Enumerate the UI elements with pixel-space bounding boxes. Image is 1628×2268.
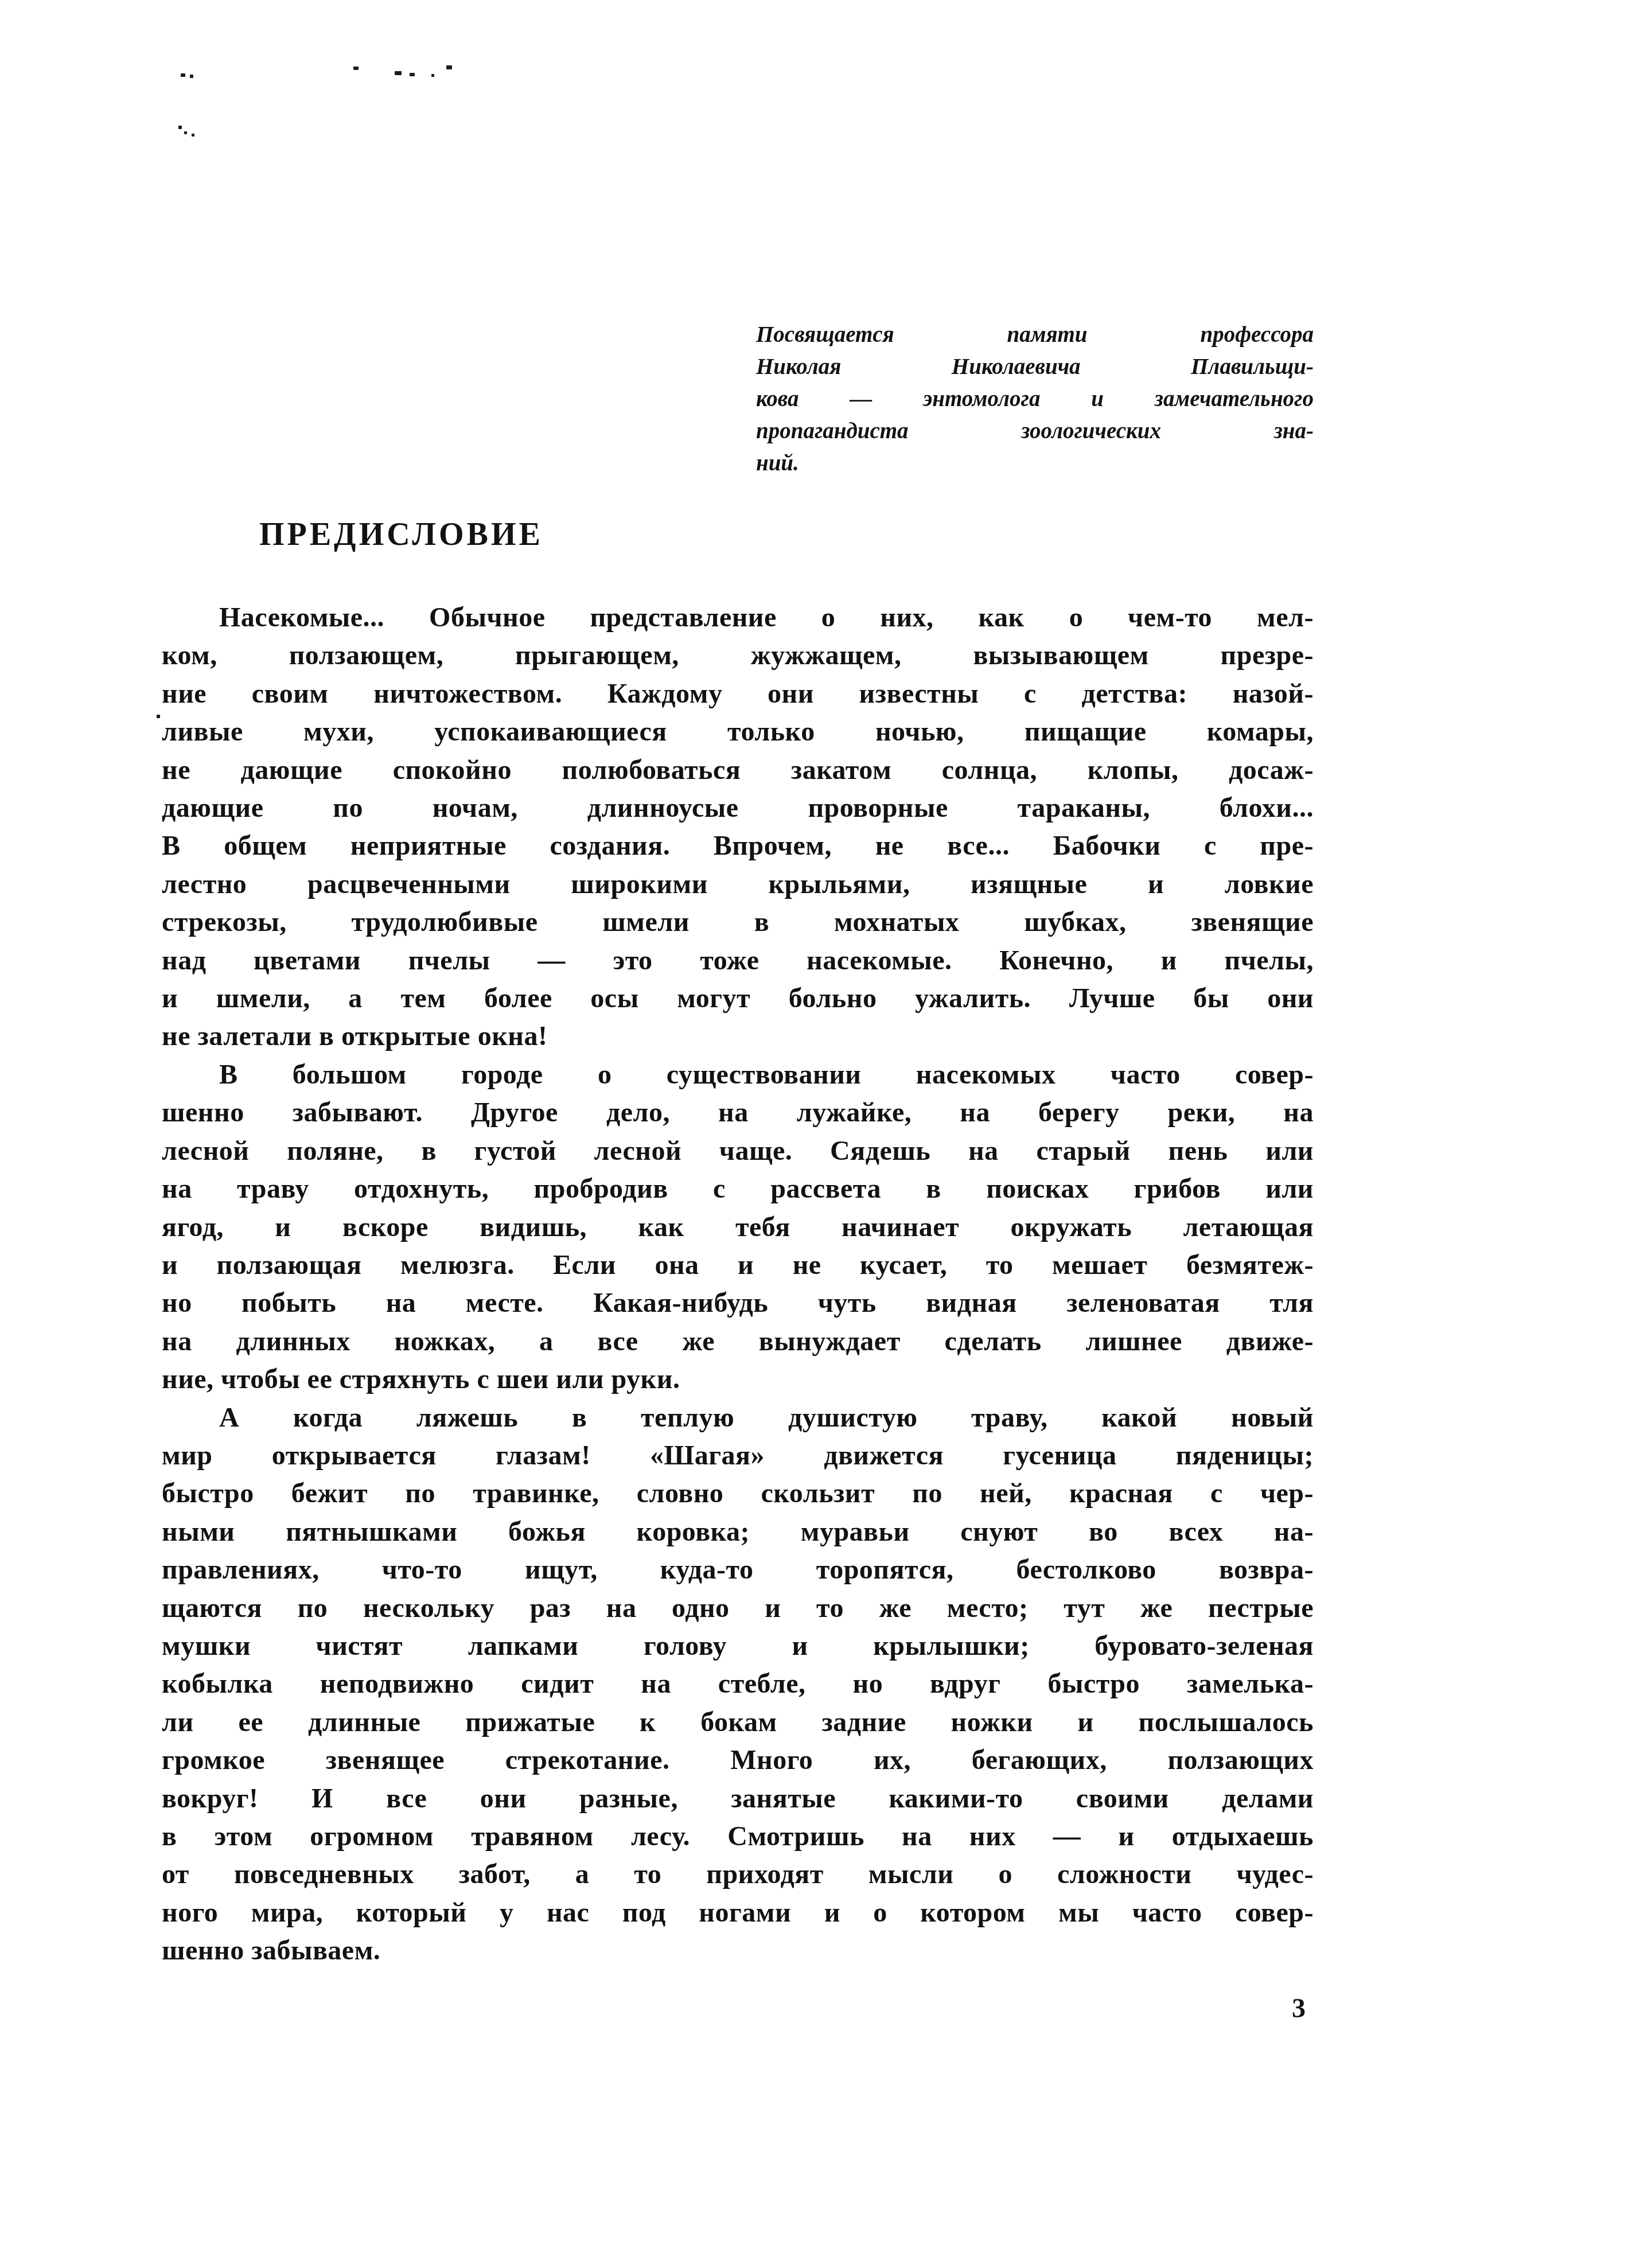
text-line: громкое звенящее стрекотание. Много их, … [162, 1741, 1314, 1779]
text-line: лестно расцвеченными широкими крыльями, … [162, 866, 1314, 903]
paragraph: Насекомые... Обычное представление о них… [162, 599, 1314, 1056]
text-line: ного мира, который у нас под ногами и о … [162, 1894, 1314, 1932]
text-line: вокруг! И все они разные, занятые какими… [162, 1780, 1314, 1818]
scanned-book-page: Посвящается памяти профессора Николая Ни… [0, 0, 1628, 2268]
scan-speck [181, 73, 185, 77]
body-text: Насекомые... Обычное представление о них… [162, 599, 1314, 1970]
dedication-line: Посвящается памяти профессора [756, 319, 1314, 351]
text-line: ком, ползающем, прыгающем, жужжащем, выз… [162, 637, 1314, 675]
text-line: А когда ляжешь в теплую душистую траву, … [162, 1399, 1314, 1437]
text-line: над цветами пчелы — это тоже насекомые. … [162, 942, 1314, 980]
scan-speck [178, 126, 182, 129]
scan-speck [446, 65, 452, 69]
scan-speck [184, 131, 187, 134]
text-line: стрекозы, трудолюбивые шмели в мохнатых … [162, 903, 1314, 941]
text-line: дающие по ночам, длинноусые проворные та… [162, 789, 1314, 827]
dedication-line: ний. [756, 447, 1314, 480]
scan-speck [410, 73, 415, 76]
text-line: В общем неприятные создания. Впрочем, не… [162, 827, 1314, 865]
text-line: но побыть на месте. Какая-нибудь чуть ви… [162, 1284, 1314, 1322]
text-line: шенно забывают. Другое дело, на лужайке,… [162, 1094, 1314, 1132]
page-title: ПРЕДИСЛОВИЕ [259, 516, 543, 553]
text-line: на длинных ножках, а все же вынуждает сд… [162, 1323, 1314, 1361]
scan-speck [157, 715, 160, 718]
text-line: мушки чистят лапками голову и крылышки; … [162, 1627, 1314, 1665]
text-line: в этом огромном травяном лесу. Смотришь … [162, 1818, 1314, 1856]
text-line: быстро бежит по травинке, словно скользи… [162, 1475, 1314, 1513]
text-line: не залетали в открытые окна! [162, 1018, 1314, 1055]
text-line: на траву отдохнуть, пробродив с рассвета… [162, 1170, 1314, 1208]
text-line: щаются по нескольку раз на одно и то же … [162, 1589, 1314, 1627]
text-line: и шмели, а тем более осы могут больно уж… [162, 980, 1314, 1018]
dedication-line: пропагандиста зоологических зна- [756, 415, 1314, 447]
dedication-block: Посвящается памяти профессора Николая Ни… [756, 319, 1314, 480]
text-line: шенно забываем. [162, 1932, 1314, 1970]
text-line: ние своим ничтожеством. Каждому они изве… [162, 675, 1314, 713]
scan-speck [353, 67, 359, 70]
text-line: Насекомые... Обычное представление о них… [162, 599, 1314, 637]
text-line: и ползающая мелюзга. Если она и не кусае… [162, 1246, 1314, 1284]
text-line: ягод, и вскоре видишь, как тебя начинает… [162, 1209, 1314, 1246]
text-line: правлениях, что-то ищут, куда-то торопят… [162, 1551, 1314, 1589]
text-line: В большом городе о существовании насеком… [162, 1056, 1314, 1094]
scan-speck [431, 74, 434, 77]
text-line: ливые мухи, успокаивающиеся только ночью… [162, 713, 1314, 751]
text-line: ными пятнышками божья коровка; муравьи с… [162, 1513, 1314, 1551]
scan-speck [192, 134, 194, 137]
dedication-line: кова — энтомолога и замечательного [756, 383, 1314, 415]
page-number: 3 [1292, 1993, 1306, 2024]
scan-speck [395, 71, 402, 75]
scan-speck [190, 75, 193, 78]
dedication-line: Николая Николаевича Плавильщи- [756, 351, 1314, 383]
paragraph: В большом городе о существовании насеком… [162, 1056, 1314, 1399]
text-line: от повседневных забот, а то приходят мыс… [162, 1856, 1314, 1893]
text-line: ние, чтобы ее стряхнуть с шеи или руки. [162, 1361, 1314, 1398]
text-line: лесной поляне, в густой лесной чаще. Сяд… [162, 1132, 1314, 1170]
text-line: не дающие спокойно полюбоваться закатом … [162, 751, 1314, 789]
text-line: кобылка неподвижно сидит на стебле, но в… [162, 1665, 1314, 1703]
text-line: ли ее длинные прижатые к бокам задние но… [162, 1704, 1314, 1741]
text-line: мир открывается глазам! «Шагая» движется… [162, 1437, 1314, 1475]
paragraph: А когда ляжешь в теплую душистую траву, … [162, 1399, 1314, 1970]
